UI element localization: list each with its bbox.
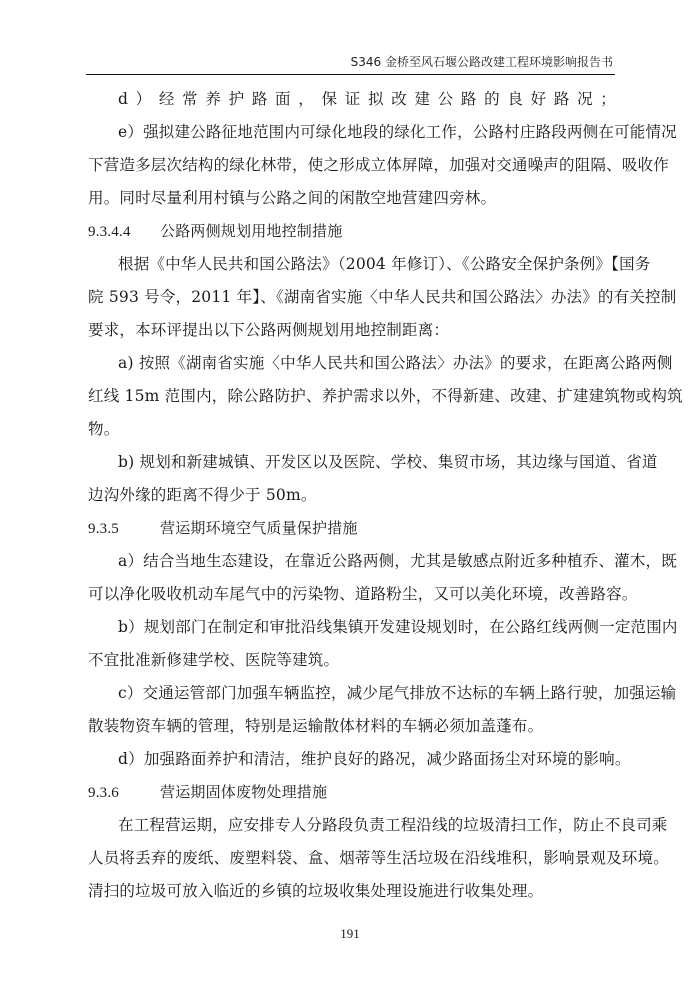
section-heading: 9.3.5营运期环境空气质量保护措施 xyxy=(88,512,616,545)
paragraph-text: 物。 xyxy=(88,420,119,438)
paragraph-text: b）规划部门在制定和审批沿线集镇开发建设规划时，在公路红线两侧一定范围内 xyxy=(118,611,616,644)
paragraph-text: 院 593 号令，2011 年】、《湖南省实施〈中华人民共和国公路法〉办法》的有… xyxy=(88,281,616,314)
paragraph-line: d）经常养护路面，保证拟改建公路的良好路况； xyxy=(88,83,616,116)
paragraph-line: b) 规划和新建城镇、开发区以及医院、学校、集贸市场，其边缘与国道、省道 xyxy=(88,446,616,479)
section-number: 9.3.6 xyxy=(88,777,160,810)
paragraph-text: c）交通运管部门加强车辆监控，减少尾气排放不达标的车辆上路行驶，加强运输 xyxy=(118,677,616,710)
section-title: 营运期固体废物处理措施 xyxy=(160,783,327,801)
document-title: S346 金桥至风石堰公路改建工程环境影响报告书 xyxy=(351,53,613,70)
paragraph-text: d）加强路面养护和清洁，维护良好的路况，减少路面扬尘对环境的影响。 xyxy=(118,750,631,768)
paragraph-line: 要求，本环评提出以下公路两侧规划用地控制距离： xyxy=(88,314,616,347)
paragraph-line: 不宜批准新修建学校、医院等建筑。 xyxy=(88,644,616,677)
section-title: 公路两侧规划用地控制措施 xyxy=(160,222,342,240)
page-header: S346 金桥至风石堰公路改建工程环境影响报告书 xyxy=(86,52,615,75)
paragraph-line: 用。同时尽量利用村镇与公路之间的闲散空地营建四旁林。 xyxy=(88,182,616,215)
paragraph-text: a）结合当地生态建设，在靠近公路两侧，尤其是敏感点附近多种植乔、灌木，既 xyxy=(118,545,616,578)
paragraph-text: 根据《中华人民共和国公路法》（2004 年修订）、《公路安全保护条例》【国务 xyxy=(118,248,616,281)
paragraph-text: a) 按照《湖南省实施〈中华人民共和国公路法〉办法》的要求，在距离公路两侧 xyxy=(118,347,616,380)
paragraph-line: 红线 15m 范围内，除公路防护、养护需求以外，不得新建、改建、扩建建筑物或构筑 xyxy=(88,380,616,413)
paragraph-line: 物。 xyxy=(88,413,616,446)
paragraph-text: 清扫的垃圾可放入临近的乡镇的垃圾收集处理设施进行收集处理。 xyxy=(88,882,543,900)
paragraph-line: 人员将丢弃的废纸、废塑料袋、盒、烟蒂等生活垃圾在沿线堆积，影响景观及环境。 xyxy=(88,842,616,875)
paragraph-line: 边沟外缘的距离不得少于 50m。 xyxy=(88,479,616,512)
paragraph-line: 可以净化吸收机动车尾气中的污染物、道路粉尘，又可以美化环境，改善路容。 xyxy=(88,578,616,611)
document-body: d）经常养护路面，保证拟改建公路的良好路况；e）强拟建公路征地范围内可绿化地段的… xyxy=(88,83,616,908)
paragraph-text: 用。同时尽量利用村镇与公路之间的闲散空地营建四旁林。 xyxy=(88,189,496,207)
paragraph-line: b）规划部门在制定和审批沿线集镇开发建设规划时，在公路红线两侧一定范围内 xyxy=(88,611,616,644)
paragraph-text: 要求，本环评提出以下公路两侧规划用地控制距离： xyxy=(88,321,449,339)
paragraph-line: e）强拟建公路征地范围内可绿化地段的绿化工作，公路村庄路段两侧在可能情况 xyxy=(88,116,616,149)
paragraph-line: 散装物资车辆的管理，特别是运输散体材料的车辆必须加盖蓬布。 xyxy=(88,710,616,743)
paragraph-line: c）交通运管部门加强车辆监控，减少尾气排放不达标的车辆上路行驶，加强运输 xyxy=(88,677,616,710)
paragraph-line: 在工程营运期，应安排专人分路段负责工程沿线的垃圾清扫工作，防止不良司乘 xyxy=(88,809,616,842)
paragraph-line: 清扫的垃圾可放入临近的乡镇的垃圾收集处理设施进行收集处理。 xyxy=(88,875,616,908)
paragraph-text: 人员将丢弃的废纸、废塑料袋、盒、烟蒂等生活垃圾在沿线堆积，影响景观及环境。 xyxy=(88,842,616,875)
paragraph-text: 边沟外缘的距离不得少于 50m。 xyxy=(88,486,317,504)
paragraph-text: 散装物资车辆的管理，特别是运输散体材料的车辆必须加盖蓬布。 xyxy=(88,717,543,735)
section-heading: 9.3.4.4公路两侧规划用地控制措施 xyxy=(88,215,616,248)
section-title: 营运期环境空气质量保护措施 xyxy=(160,519,358,537)
paragraph-text: 不宜批准新修建学校、医院等建筑。 xyxy=(88,651,339,669)
paragraph-text: 在工程营运期，应安排专人分路段负责工程沿线的垃圾清扫工作，防止不良司乘 xyxy=(118,809,616,842)
paragraph-line: 根据《中华人民共和国公路法》（2004 年修订）、《公路安全保护条例》【国务 xyxy=(88,248,616,281)
paragraph-text: 可以净化吸收机动车尾气中的污染物、道路粉尘，又可以美化环境，改善路容。 xyxy=(88,585,638,603)
paragraph-text: 下营造多层次结构的绿化林带，使之形成立体屏障，加强对交通噪声的阻隔、吸收作 xyxy=(88,149,616,182)
paragraph-line: d）加强路面养护和清洁，维护良好的路况，减少路面扬尘对环境的影响。 xyxy=(88,743,616,776)
paragraph-text: e）强拟建公路征地范围内可绿化地段的绿化工作，公路村庄路段两侧在可能情况 xyxy=(118,116,616,149)
section-heading: 9.3.6营运期固体废物处理措施 xyxy=(88,776,616,809)
paragraph-line: 下营造多层次结构的绿化林带，使之形成立体屏障，加强对交通噪声的阻隔、吸收作 xyxy=(88,149,616,182)
paragraph-text: b) 规划和新建城镇、开发区以及医院、学校、集贸市场，其边缘与国道、省道 xyxy=(118,446,616,479)
paragraph-line: 院 593 号令，2011 年】、《湖南省实施〈中华人民共和国公路法〉办法》的有… xyxy=(88,281,616,314)
paragraph-line: a）结合当地生态建设，在靠近公路两侧，尤其是敏感点附近多种植乔、灌木，既 xyxy=(88,545,616,578)
section-number: 9.3.4.4 xyxy=(88,216,160,249)
section-number: 9.3.5 xyxy=(88,513,160,546)
paragraph-text: d）经常养护路面，保证拟改建公路的良好路况； xyxy=(118,83,616,116)
paragraph-line: a) 按照《湖南省实施〈中华人民共和国公路法〉办法》的要求，在距离公路两侧 xyxy=(88,347,616,380)
page-number: 191 xyxy=(0,926,700,942)
paragraph-text: 红线 15m 范围内，除公路防护、养护需求以外，不得新建、改建、扩建建筑物或构筑 xyxy=(88,380,616,413)
